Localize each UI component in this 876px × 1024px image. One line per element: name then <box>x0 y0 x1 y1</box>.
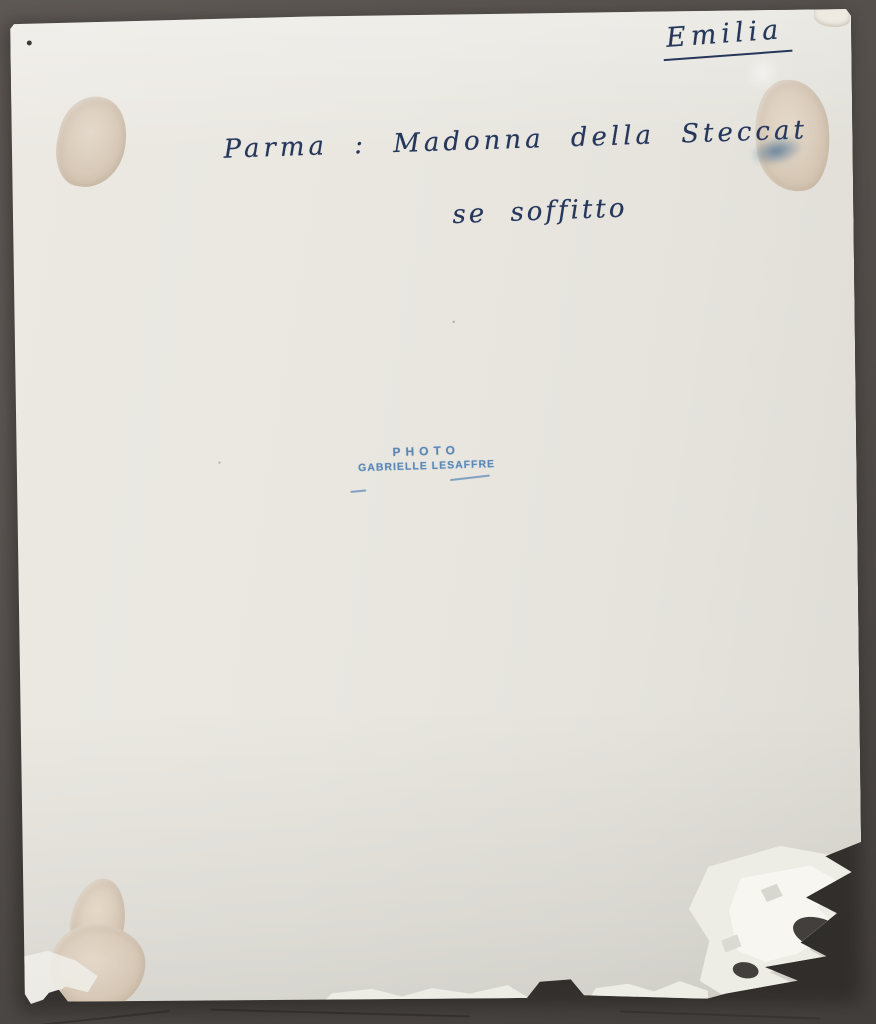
photographer-stamp: PHOTO GABRIELLE LESAFFRE <box>341 442 512 475</box>
handwritten-region-label: Emilia <box>661 14 793 61</box>
photo-card-verso: Emilia Parma : Madonna della Steccat se … <box>10 9 863 1007</box>
photo-backdrop: Emilia Parma : Madonna della Steccat se … <box>0 0 876 1024</box>
stamp-side-dash <box>350 489 366 493</box>
handwritten-caption: Parma : Madonna della Steccat <box>223 115 808 164</box>
stamp-line-name: GABRIELLE LESAFFRE <box>341 458 511 475</box>
paper-hole-small <box>732 960 760 980</box>
paper-speck <box>27 40 32 45</box>
paper-speck <box>453 321 455 323</box>
stamp-underline-dash <box>450 475 490 482</box>
tape-residue-top-left <box>48 90 135 195</box>
torn-paper-shadow-fleck <box>721 934 741 952</box>
tape-remnant-top-right-corner <box>814 9 850 27</box>
paper-damage-overlay <box>10 9 863 1007</box>
torn-paper-shadow-fleck <box>761 884 783 902</box>
background-crack <box>620 1011 820 1020</box>
handwritten-subcaption: se soffitto <box>452 193 628 230</box>
paper-speck <box>218 461 220 463</box>
